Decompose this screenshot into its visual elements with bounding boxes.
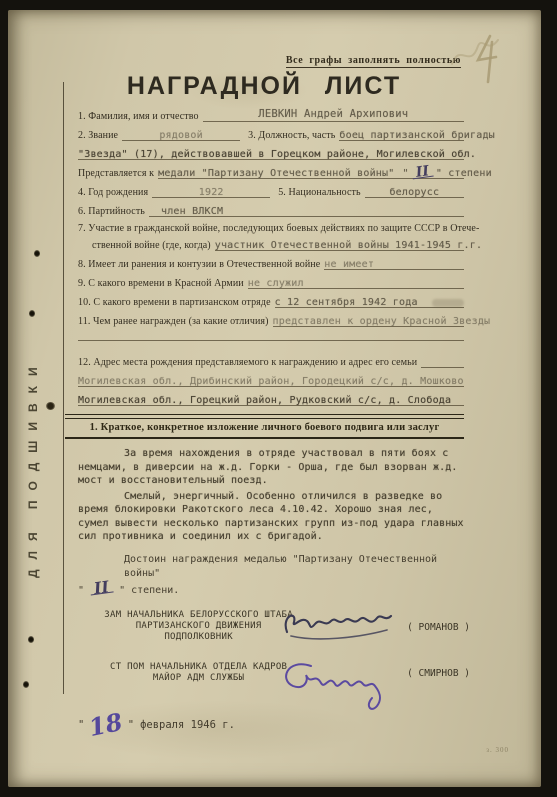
blank-line <box>78 340 464 341</box>
binding-vertical-text: ДЛЯ ПОДШИВКИ <box>26 357 40 578</box>
double-rule <box>65 414 464 419</box>
award-quote-open: " <box>402 168 408 179</box>
field-position-value2: "Звезда" (17), действовавшей в Горецком … <box>78 149 476 160</box>
romanov-signature-icon <box>277 606 397 646</box>
field-award-value: медали "Партизану Отечественной войны" <box>158 168 394 179</box>
signature-first-name: ( РОМАНОВ ) <box>407 622 470 633</box>
conclusion-line1: Достоин награждения медалью "Партизану О… <box>78 553 464 581</box>
field-party-line: член ВЛКСМ <box>149 205 464 217</box>
field-partisan-since-row: 10. С какого времени в партизанском отря… <box>78 293 464 308</box>
field-party-label: 6. Партийность <box>78 206 149 217</box>
date-quote-open: " <box>78 719 84 731</box>
print-code: з. 300 <box>486 746 509 754</box>
field-award-row: Представляется к медали "Партизану Отече… <box>78 164 464 179</box>
field-position-value: боец партизанской бригады <box>339 130 495 141</box>
conclusion-degree-handwritten: II <box>89 581 113 595</box>
faded-text-smudge <box>432 299 464 307</box>
field-prev-awards-row: 11. Чем ранее награжден (за какие отличи… <box>78 312 464 327</box>
merit-paragraph-1: За время нахождения в отряде участвовал … <box>78 447 464 488</box>
conclusion-quote-open: " <box>78 585 84 596</box>
merit-section-header: 1. Краткое, конкретное изложение личного… <box>65 422 464 433</box>
merit-paragraph-2: Смелый, энергичный. Особенно отличился в… <box>78 490 464 544</box>
field-birth-year-value: 1922 <box>199 187 224 198</box>
field-award-line: медали "Партизану Отечественной войны" "… <box>158 167 464 179</box>
field-wounds-value: не имеет <box>324 259 374 270</box>
field-position-row2: "Звезда" (17), действовавшей в Горецком … <box>78 145 464 160</box>
field-birth-year-label: 4. Год рождения <box>78 187 152 198</box>
signature-block-second: СТ ПОМ НАЧАЛЬНИКА ОТДЕЛА КАДРОВ МАЙОР АД… <box>78 662 464 702</box>
punch-hole <box>34 250 40 257</box>
field-red-army-row: 9. С какого времени в Красной Армии не с… <box>78 274 464 289</box>
field-position-label: 3. Должность, часть <box>240 130 339 141</box>
date-day-handwritten: 18 <box>88 712 124 737</box>
field-nationality-label: 5. Национальность <box>270 187 364 198</box>
field-party-value: член ВЛКСМ <box>161 206 223 217</box>
field-red-army-line: не служил <box>248 277 464 289</box>
scanned-award-sheet: ДЛЯ ПОДШИВКИ Все графы заполнять полност… <box>0 0 557 797</box>
field-prev-awards-label: 11. Чем ранее награжден (за какие отличи… <box>78 316 273 327</box>
punch-hole <box>23 681 29 688</box>
merit-conclusion: Достоин награждения медалью "Партизану О… <box>78 553 464 598</box>
field-prev-awards-value: представлен к ордену Красной Звезды <box>273 316 491 327</box>
field-wounds-label: 8. Имеет ли ранения и контузии в Отечест… <box>78 259 324 270</box>
field-name-value: ЛЕВКИН Андрей Архипович <box>258 108 408 120</box>
field-position-line: боец партизанской бригады <box>339 129 464 141</box>
field-birth-year-line: 1922 <box>152 186 270 198</box>
field-rank-line: рядовой <box>122 129 240 141</box>
field-partisan-since-label: 10. С какого времени в партизанском отря… <box>78 297 275 308</box>
conclusion-tail: " степени. <box>119 585 179 596</box>
field-rank-position-row: 2. Звание рядовой 3. Должность, часть бо… <box>78 126 464 141</box>
field-partisan-since-value: с 12 сентября 1942 года <box>275 297 418 308</box>
field-war-line: участник Отечественной войны 1941-1945 г… <box>215 239 464 251</box>
blank-continuation-row <box>78 331 464 341</box>
field-award-degree-group: " II " степени <box>394 167 491 178</box>
address-row-1: Могилевская обл., Дрибинский район, Горо… <box>78 372 464 387</box>
field-wounds-line: не имеет <box>324 258 464 270</box>
field-award-label: Представляется к <box>78 168 158 179</box>
field-red-army-label: 9. С какого времени в Красной Армии <box>78 278 248 289</box>
field-name-label: 1. Фамилия, имя и отчество <box>78 111 203 122</box>
address-line-1: Могилевская обл., Дрибинский район, Горо… <box>78 375 464 387</box>
punch-hole <box>28 636 34 643</box>
field-birth-nationality-row: 4. Год рождения 1922 5. Национальность б… <box>78 183 464 198</box>
field-address-label-row: 12. Адрес места рождения представляемого… <box>78 353 464 368</box>
field-rank-value: рядовой <box>159 130 203 141</box>
document-title: НАГРАДНОЙ ЛИСТ <box>64 72 464 101</box>
form-content: 1. Фамилия, имя и отчество ЛЕВКИН Андрей… <box>78 102 464 734</box>
award-degree-word: " степени <box>436 168 492 179</box>
address-row-2: Могилевская обл., Горецкий район, Рудков… <box>78 391 464 406</box>
date-rest: февраля 1946 г. <box>140 719 235 731</box>
conclusion-line2: " II " степени. <box>78 583 464 598</box>
field-war-value: участник Отечественной войны 1941-1945 г… <box>215 240 482 251</box>
ink-blot <box>46 402 55 410</box>
date-row: " 18 " февраля 1946 г. <box>78 716 464 734</box>
paper-sheet: ДЛЯ ПОДШИВКИ Все графы заполнять полност… <box>8 10 541 787</box>
field-red-army-value: не служил <box>248 278 304 289</box>
field-partisan-since-line: с 12 сентября 1942 года <box>275 296 464 308</box>
address-value-2: Могилевская обл., Горецкий район, Рудков… <box>78 395 451 406</box>
heavy-rule <box>65 437 464 439</box>
field-party-row: 6. Партийность член ВЛКСМ <box>78 202 464 217</box>
award-degree-handwritten: II <box>411 166 433 180</box>
field-war-label-row: 7. Участие в гражданской войне, последую… <box>78 221 464 234</box>
smirnov-signature-icon <box>277 658 407 714</box>
field-address-label-line <box>421 367 464 368</box>
field-address-label: 12. Адрес места рождения представляемого… <box>78 357 421 368</box>
field-war-value-row: ственной войне (где, когда) участник Оте… <box>78 236 464 251</box>
field-nationality-line: белорусс <box>365 186 464 198</box>
field-name-row: 1. Фамилия, имя и отчество ЛЕВКИН Андрей… <box>78 102 464 122</box>
field-war-label2: ственной войне (где, когда) <box>78 240 215 251</box>
date-quote-close: " <box>128 719 134 731</box>
address-value-1: Могилевская обл., Дрибинский район, Горо… <box>78 376 464 387</box>
signature-first-area: ( РОМАНОВ ) <box>319 610 464 650</box>
signature-block-first: ЗАМ НАЧАЛЬНИКА БЕЛОРУССКОГО ШТАБА ПАРТИЗ… <box>78 610 464 650</box>
fill-all-fields-note: Все графы заполнять полностью <box>286 55 461 68</box>
field-position-line2: "Звезда" (17), действовавшей в Горецком … <box>78 148 464 160</box>
signature-second-name: ( СМИРНОВ ) <box>407 668 470 679</box>
field-rank-label: 2. Звание <box>78 130 122 141</box>
field-prev-awards-line: представлен к ордену Красной Звезды <box>273 315 464 327</box>
signature-second-area: ( СМИРНОВ ) <box>319 662 464 702</box>
binding-margin-line <box>63 82 64 694</box>
address-line-2: Могилевская обл., Горецкий район, Рудков… <box>78 394 464 406</box>
field-war-label1: 7. Участие в гражданской войне, последую… <box>78 223 483 234</box>
field-wounds-row: 8. Имеет ли ранения и контузии в Отечест… <box>78 255 464 270</box>
field-name-line: ЛЕВКИН Андрей Архипович <box>203 109 464 122</box>
punch-hole <box>29 310 35 317</box>
field-nationality-value: белорусс <box>389 187 439 198</box>
